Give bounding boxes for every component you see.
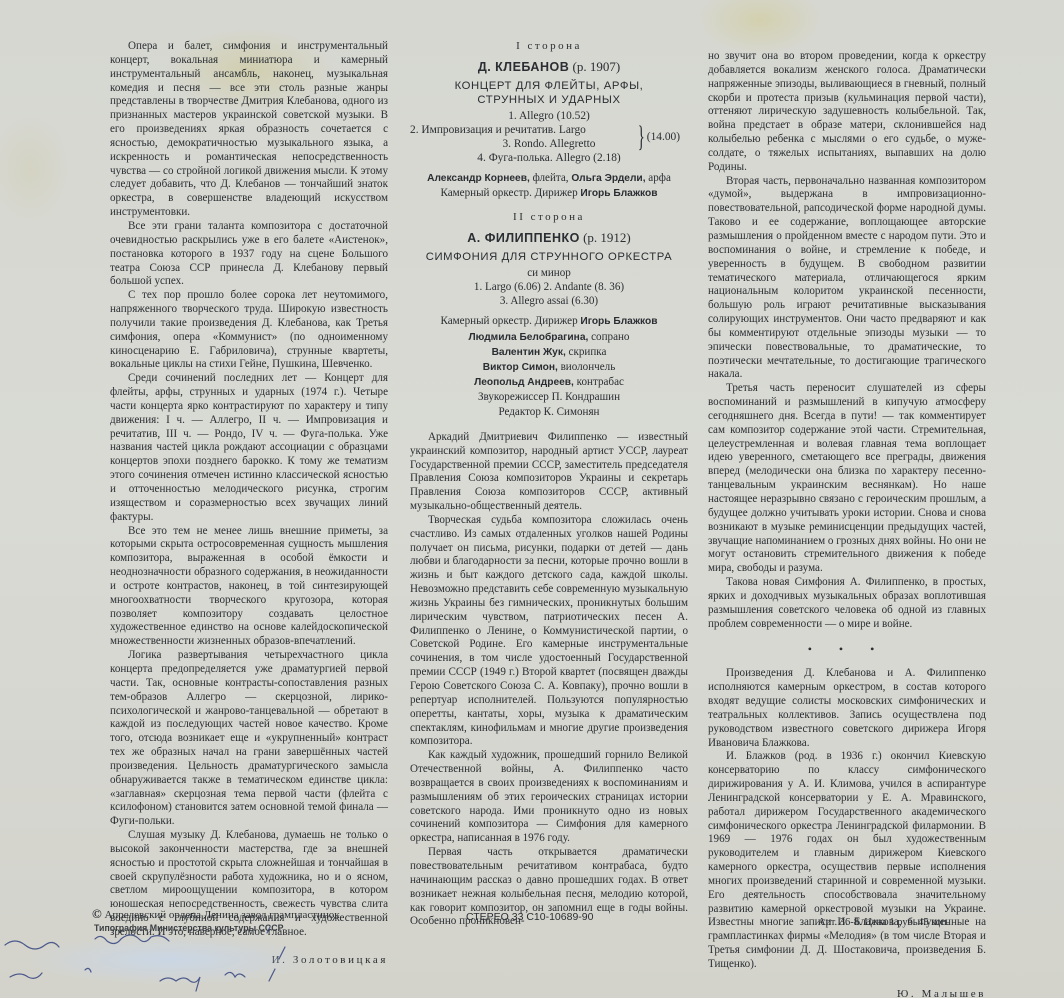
notes-paragraph: Вторая часть, первоначально названная ко… — [708, 175, 986, 383]
composer-years: (р. 1912) — [583, 230, 631, 245]
copyright-icon: © — [92, 906, 102, 921]
notes-paragraph: Логика развертывания четырехчастного цик… — [110, 649, 388, 829]
notes-paragraph: Опера и балет, симфония и инструментальн… — [110, 40, 388, 220]
soloist-line: Валентин Жук, скрипка — [410, 345, 688, 360]
track-item: 4. Фуга-полька. Allegro (2.18) — [410, 151, 688, 165]
soloist-role: контрабас — [574, 376, 624, 388]
performer-name: Александр Корнеев, — [427, 173, 530, 184]
sound-engineer: Звукорежиссер П. Кондрашин — [410, 390, 688, 404]
section-separator: • • • — [708, 643, 986, 657]
conductor-name: Игорь Блажков — [580, 188, 657, 199]
side-two-label: II сторона — [410, 211, 688, 225]
work-title-line: СТРУННЫХ И УДАРНЫХ — [410, 93, 688, 107]
orchestra-label: Камерный оркестр. Дирижер — [440, 315, 580, 327]
work-title: СИМФОНИЯ ДЛЯ СТРУННОГО ОРКЕСТРА — [410, 250, 688, 264]
performer-name: Ольга Эрдели, — [571, 173, 645, 184]
editor: Редактор К. Симонян — [410, 405, 688, 419]
track-list-line: 1. Largo (6.06) 2. Andante (8. 36) — [410, 280, 688, 294]
soloist-name: Валентин Жук, — [492, 347, 566, 358]
price-line: Арт. 36-8. Цена 1 руб. 45 коп. — [818, 917, 949, 928]
notes-paragraph: Все это тем не менее лишь внешние примет… — [110, 525, 388, 650]
notes-paragraph: И. Блажков (род. в 1936 г.) окончил Киев… — [708, 750, 986, 972]
notes-paragraph: Аркадий Дмитриевич Филиппенко — известны… — [410, 431, 688, 514]
manufacturer-line: © Апрелевский ордена Ленина завод грампл… — [92, 906, 340, 922]
track-list: 1. Allegro (10.52) 2. Импровизация и реч… — [410, 109, 688, 165]
notes-paragraph: Такова новая Симфония А. Филиппенко, в п… — [708, 576, 986, 631]
track-list-line: 3. Allegro assai (6.30) — [410, 294, 688, 308]
orchestra-line: Камерный оркестр. Дирижер Игорь Блажков — [410, 186, 688, 201]
side-one-block: I сторона Д. КЛЕБАНОВ (р. 1907) КОНЦЕРТ … — [410, 40, 688, 201]
composer-heading: Д. КЛЕБАНОВ (р. 1907) — [410, 60, 688, 75]
side-one-label: I сторона — [410, 40, 688, 54]
soloist-name: Людмила Белобрагина, — [469, 332, 589, 343]
performer-role: флейта, — [530, 172, 572, 184]
catalog-number: СТЕРЕО 33 С10-10689-90 — [466, 911, 593, 923]
work-title-line: КОНЦЕРТ ДЛЯ ФЛЕЙТЫ, АРФЫ, — [410, 79, 688, 93]
scribble-icon — [0, 925, 370, 998]
bracket-duration: (14.00) — [647, 130, 680, 144]
bracket-icon: } — [638, 123, 645, 151]
track-item: 1. Allegro (10.52) — [410, 109, 688, 123]
work-title: КОНЦЕРТ ДЛЯ ФЛЕЙТЫ, АРФЫ, СТРУННЫХ И УДА… — [410, 79, 688, 107]
soloist-name: Леопольд Андреев, — [474, 377, 574, 388]
orchestra-label: Камерный оркестр. Дирижер — [440, 187, 580, 199]
author-signature: Ю. Малышев — [708, 988, 986, 998]
composer-name: А. ФИЛИППЕНКО — [467, 231, 580, 245]
notes-paragraph: Как каждый художник, прошедший горнило В… — [410, 749, 688, 846]
soloists-line: Александр Корнеев, флейта, Ольга Эрдели,… — [410, 171, 688, 186]
orchestra-line: Камерный оркестр. Дирижер Игорь Блажков — [410, 314, 688, 329]
composer-name: Д. КЛЕБАНОВ — [478, 60, 569, 74]
work-key: си минор — [410, 266, 688, 280]
soloist-role: виолончель — [558, 361, 615, 373]
notes-paragraph: Произведения Д. Клебанова и А. Филиппенк… — [708, 667, 986, 750]
composer-years: (р. 1907) — [572, 59, 620, 74]
soloist-line: Леопольд Андреев, контрабас — [410, 375, 688, 390]
soloist-role: сопрано — [588, 331, 629, 343]
soloist-role: скрипка — [566, 346, 607, 358]
manufacturer-name: Апрелевский ордена Ленина завод грамплас… — [102, 909, 340, 921]
notes-paragraph: С тех пор прошло более сорока лет неутом… — [110, 289, 388, 372]
handwritten-scribble — [0, 925, 370, 998]
notes-paragraph: Творческая судьба композитора сложилась … — [410, 514, 688, 749]
klebanov-notes-column: Опера и балет, симфония и инструментальн… — [110, 40, 388, 968]
bracket-group: } (14.00) — [634, 123, 680, 151]
notes-paragraph: Все эти грани таланта композитора с дост… — [110, 220, 388, 289]
conductor-name: Игорь Блажков — [580, 316, 657, 327]
soloist-line: Людмила Белобрагина, сопрано — [410, 330, 688, 345]
soloist-name: Виктор Симон, — [483, 362, 558, 373]
side-two-block: II сторона А. ФИЛИППЕНКО (р. 1912) СИМФО… — [410, 211, 688, 419]
filippenko-notes-column: но звучит она во втором проведении, когд… — [708, 50, 986, 998]
performer-role: арфа — [646, 172, 671, 184]
notes-paragraph: Среди сочинений последних лет — Концерт … — [110, 372, 388, 524]
notes-paragraph: но звучит она во втором проведении, когд… — [708, 50, 986, 175]
tracklist-column: I сторона Д. КЛЕБАНОВ (р. 1907) КОНЦЕРТ … — [410, 40, 688, 929]
soloist-line: Виктор Симон, виолончель — [410, 360, 688, 375]
notes-paragraph: Третья часть переносит слушателей из сфе… — [708, 382, 986, 576]
composer-heading: А. ФИЛИППЕНКО (р. 1912) — [410, 231, 688, 246]
